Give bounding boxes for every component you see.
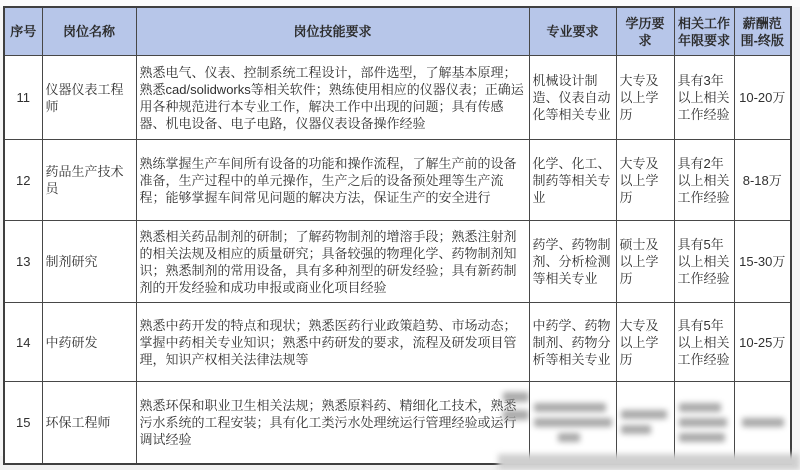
cell-index: 13 bbox=[4, 221, 42, 303]
cell-index: 15 bbox=[4, 382, 42, 464]
redacted-blur bbox=[620, 408, 671, 436]
table-row: 14 中药研发 熟悉中药开发的特点和现状；熟悉医药行业政策趋势、市场动态；掌握中… bbox=[4, 303, 791, 382]
cell-index: 14 bbox=[4, 303, 42, 382]
col-header-major-requirements: 专业要求 bbox=[529, 7, 616, 56]
cell-education: 大专及以上学历 bbox=[616, 140, 674, 221]
cell-experience: 具有5年以上相关工作经验 bbox=[674, 303, 734, 382]
cell-skill-requirements: 熟悉环保和职业卫生相关法规；熟悉原料药、精细化工技术，熟悉污水系统的工程安装；具… bbox=[136, 382, 529, 464]
cell-major-redacted bbox=[529, 382, 616, 464]
cell-education: 大专及以上学历 bbox=[616, 303, 674, 382]
cell-salary-redacted bbox=[734, 382, 791, 464]
cell-skill-requirements: 熟练掌握生产车间所有设备的功能和操作流程，了解生产前的设备准备，生产过程中的单元… bbox=[136, 140, 529, 221]
redacted-blur bbox=[738, 416, 790, 429]
cell-position-name: 仪器仪表工程师 bbox=[42, 56, 136, 140]
cell-skill-requirements: 熟悉电气、仪表、控制系统工程设计，部件选型，了解基本原理；熟悉cad/solid… bbox=[136, 56, 529, 140]
cell-position-name: 中药研发 bbox=[42, 303, 136, 382]
cell-position-name: 药品生产技术员 bbox=[42, 140, 136, 221]
cell-education: 大专及以上学历 bbox=[616, 56, 674, 140]
cell-index: 11 bbox=[4, 56, 42, 140]
cell-salary: 15-30万 bbox=[734, 221, 791, 303]
redacted-blur bbox=[678, 401, 731, 444]
col-header-index: 序号 bbox=[4, 7, 42, 56]
col-header-experience-requirements: 相关工作年限要求 bbox=[674, 7, 734, 56]
cell-experience: 具有3年以上相关工作经验 bbox=[674, 56, 734, 140]
col-header-position-name: 岗位名称 bbox=[42, 7, 136, 56]
col-header-skill-requirements: 岗位技能要求 bbox=[136, 7, 529, 56]
cell-major: 药学、药物制剂、分析检测等相关专业 bbox=[529, 221, 616, 303]
cell-major: 化学、化工、制药等相关专业 bbox=[529, 140, 616, 221]
cell-experience-redacted bbox=[674, 382, 734, 464]
table-row: 12 药品生产技术员 熟练掌握生产车间所有设备的功能和操作流程，了解生产前的设备… bbox=[4, 140, 791, 221]
cell-major: 机械设计制造、仪表自动化等相关专业 bbox=[529, 56, 616, 140]
cell-education-redacted bbox=[616, 382, 674, 464]
cell-skill-requirements: 熟悉相关药品制剂的研制；了解药物制剂的增溶手段；熟悉注射剂的相关法规及相应的质量… bbox=[136, 221, 529, 303]
cell-major: 中药学、药物制剂、药物分析等相关专业 bbox=[529, 303, 616, 382]
cell-position-name: 环保工程师 bbox=[42, 382, 136, 464]
col-header-salary-range: 薪酬范围-终版 bbox=[734, 7, 791, 56]
cell-experience: 具有2年以上相关工作经验 bbox=[674, 140, 734, 221]
table-row: 13 制剂研究 熟悉相关药品制剂的研制；了解药物制剂的增溶手段；熟悉注射剂的相关… bbox=[4, 221, 791, 303]
cell-skill-requirements-text: 熟悉环保和职业卫生相关法规；熟悉原料药、精细化工技术，熟悉污水系统的工程安装；具… bbox=[140, 398, 517, 447]
cell-index: 12 bbox=[4, 140, 42, 221]
cell-salary: 10-20万 bbox=[734, 56, 791, 140]
redacted-blur-bottom bbox=[498, 454, 800, 470]
cell-salary: 10-25万 bbox=[734, 303, 791, 382]
cell-experience: 具有5年以上相关工作经验 bbox=[674, 221, 734, 303]
table-header-row: 序号 岗位名称 岗位技能要求 专业要求 学历要求 相关工作年限要求 薪酬范围-终… bbox=[4, 7, 791, 56]
cell-position-name: 制剂研究 bbox=[42, 221, 136, 303]
redacted-blur-patch bbox=[503, 392, 529, 432]
cell-education: 硕士及以上学历 bbox=[616, 221, 674, 303]
job-positions-table: 序号 岗位名称 岗位技能要求 专业要求 学历要求 相关工作年限要求 薪酬范围-终… bbox=[3, 6, 792, 465]
redacted-blur bbox=[533, 401, 613, 444]
cell-salary: 8-18万 bbox=[734, 140, 791, 221]
cell-skill-requirements: 熟悉中药开发的特点和现状；熟悉医药行业政策趋势、市场动态；掌握中药相关专业知识；… bbox=[136, 303, 529, 382]
table-row: 15 环保工程师 熟悉环保和职业卫生相关法规；熟悉原料药、精细化工技术，熟悉污水… bbox=[4, 382, 791, 464]
col-header-education-requirements: 学历要求 bbox=[616, 7, 674, 56]
table-row: 11 仪器仪表工程师 熟悉电气、仪表、控制系统工程设计，部件选型，了解基本原理；… bbox=[4, 56, 791, 140]
